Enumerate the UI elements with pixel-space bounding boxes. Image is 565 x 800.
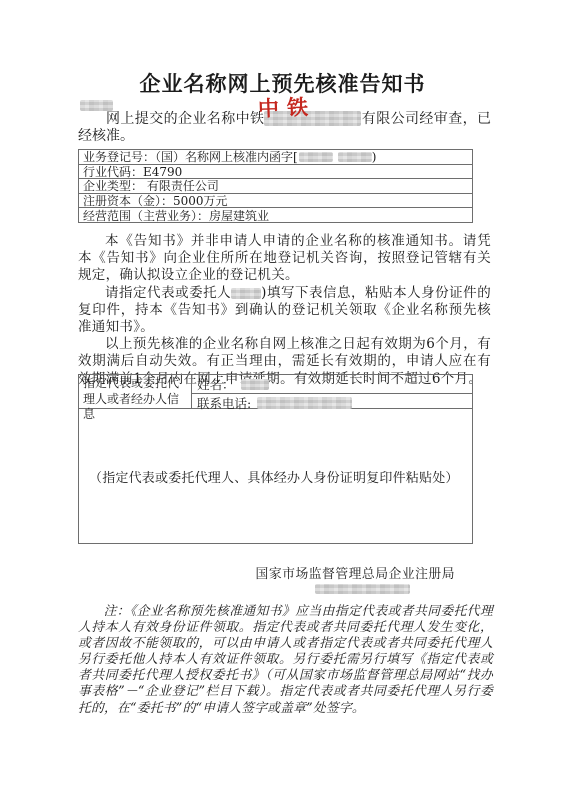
- agent-instruction-prefix: 请指定代表或委托人: [105, 285, 231, 301]
- red-stamp-text: 中铁: [257, 91, 316, 123]
- body-paragraphs: 本《告知书》并非申请人申请的企业名称的核准通知书。请凭本《告知书》向企业住所所在…: [78, 233, 491, 388]
- footnote-paragraph: 注：《企业名称预先核准通知书》应当由指定代表或者共同委托代理人持本人有效身份证件…: [78, 604, 493, 717]
- agent-phone-label: 联系电话:: [197, 394, 251, 412]
- paragraph-notice-scope: 本《告知书》并非申请人申请的企业名称的核准通知书。请凭本《告知书》向企业住所所在…: [78, 233, 491, 285]
- registered-capital-text: 注册资本（金）：5000万元: [83, 193, 228, 208]
- table-row-registration-number: 业务登记号：（国）名称网上核准内函字[ ): [79, 150, 472, 164]
- agent-info-table: 指定代表或委托代理人或者经办人信息 姓名： 联系电话: （指定代表或委托代理人、…: [78, 374, 473, 544]
- agent-table-right-cells: 姓名： 联系电话:: [192, 375, 472, 408]
- intro-prefix: 网上提交的企业名称中铁: [106, 111, 264, 127]
- redacted-registration-number-1: [299, 152, 333, 162]
- redacted-phone-value: [257, 397, 352, 409]
- company-type-text: 企业类型： 有限责任公司: [83, 178, 219, 193]
- industry-code-text: 行业代码：E4790: [83, 164, 182, 179]
- redacted-date: [315, 584, 410, 594]
- agent-table-header-rows: 指定代表或委托代理人或者经办人信息 姓名： 联系电话:: [79, 375, 472, 408]
- notice-document-page: 企业名称网上预先核准告知书 中铁 网上提交的企业名称中铁有限公司经审查，已经核准…: [0, 0, 565, 800]
- registration-number-suffix: ): [372, 150, 377, 164]
- id-copy-paste-area: （指定代表或委托代理人、具体经办人身份证明复印件粘贴处）: [79, 408, 472, 543]
- issuer-signature: 国家市场监督管理总局企业注册局: [256, 563, 455, 582]
- redacted-registration-number-2: [338, 152, 372, 162]
- redacted-agent-name: [231, 288, 261, 299]
- table-row-business-scope: 经营范围（主营业务）：房屋建筑业: [79, 207, 472, 222]
- agent-table-left-label: 指定代表或委托代理人或者经办人信息: [79, 375, 192, 408]
- business-scope-text: 经营范围（主营业务）：房屋建筑业: [83, 207, 269, 222]
- redacted-name-value: [241, 379, 269, 390]
- paragraph-agent-instruction: 请指定代表或委托人)填写下表信息，粘贴本人身份证件的复印件，持本《告知书》到确认…: [78, 285, 491, 337]
- table-row-registered-capital: 注册资本（金）：5000万元: [79, 193, 472, 208]
- registration-number-prefix: 业务登记号：（国）名称网上核准内函字[: [83, 150, 298, 164]
- agent-name-row: 姓名：: [192, 375, 472, 394]
- agent-phone-row: 联系电话:: [192, 394, 472, 412]
- table-row-industry-code: 行业代码：E4790: [79, 164, 472, 179]
- redacted-blob-topleft: [80, 100, 113, 111]
- agent-name-label: 姓名：: [197, 375, 235, 393]
- registration-info-table: 业务登记号：（国）名称网上核准内函字[ ) 行业代码：E4790 企业类型： 有…: [78, 149, 473, 223]
- table-row-company-type: 企业类型： 有限责任公司: [79, 178, 472, 193]
